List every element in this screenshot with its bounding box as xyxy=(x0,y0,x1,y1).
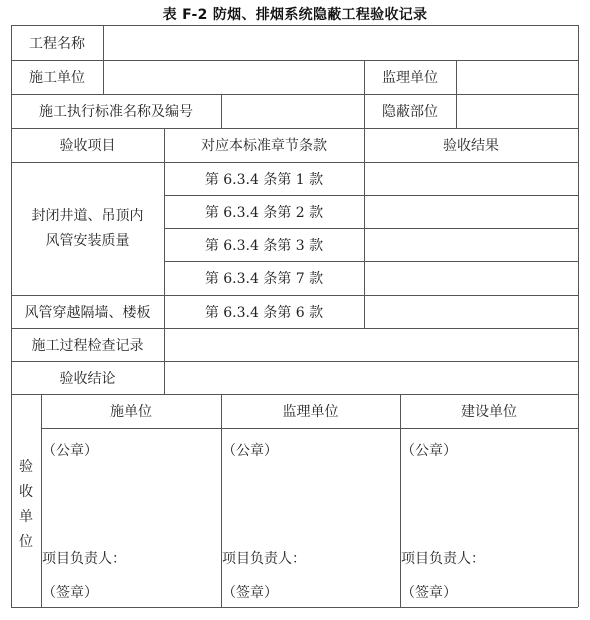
column-header-clause: 对应本标准章节条款 xyxy=(164,128,364,162)
process-record-label: 施工过程检查记录 xyxy=(11,328,164,361)
process-record-field[interactable] xyxy=(165,329,578,361)
official-seal-owner: （公章） xyxy=(401,440,457,460)
divider xyxy=(41,428,578,429)
unit-header-supervision: 监理单位 xyxy=(221,394,400,428)
clause-cell: 第 6.3.4 条第 1 款 xyxy=(164,162,364,195)
item-name-line: 风管安装质量 xyxy=(46,229,130,254)
conclusion-field[interactable] xyxy=(165,362,578,394)
divider xyxy=(11,607,578,608)
clause-cell: 第 6.3.4 条第 3 款 xyxy=(164,228,364,261)
construction-unit-field[interactable] xyxy=(104,61,364,94)
conclusion-label: 验收结论 xyxy=(11,361,164,394)
result-field[interactable] xyxy=(365,196,578,228)
label-char: 单 xyxy=(16,505,36,530)
supervision-unit-label: 监理单位 xyxy=(364,60,456,94)
hidden-part-field[interactable] xyxy=(457,95,578,128)
project-lead-owner: 项目负责人： xyxy=(401,548,485,568)
item-name-line: 封闭井道、吊顶内 xyxy=(32,204,144,229)
clause-cell: 第 6.3.4 条第 2 款 xyxy=(164,195,364,228)
divider xyxy=(578,25,579,607)
project-name-label: 工程名称 xyxy=(11,25,103,60)
unit-header-owner: 建设单位 xyxy=(400,394,578,428)
project-name-field[interactable] xyxy=(104,26,578,60)
label-char: 收 xyxy=(16,480,36,505)
column-header-item: 验收项目 xyxy=(11,128,164,162)
official-seal-construction: （公章） xyxy=(42,440,98,460)
result-field[interactable] xyxy=(365,229,578,261)
standard-field[interactable] xyxy=(222,95,364,128)
result-field[interactable] xyxy=(365,262,578,295)
item-name: 封闭井道、吊顶内 风管安装质量 xyxy=(11,162,164,295)
project-lead-supervision: 项目负责人： xyxy=(222,548,306,568)
acceptance-unit-label: 验 收 单 位 xyxy=(16,455,36,555)
clause-cell: 第 6.3.4 条第 7 款 xyxy=(164,261,364,295)
clause-cell: 第 6.3.4 条第 6 款 xyxy=(164,295,364,328)
item-name: 风管穿越隔墙、楼板 xyxy=(11,295,164,328)
form-title: 表 F-2 防烟、排烟系统隐蔽工程验收记录 xyxy=(0,4,590,24)
signature-owner: （签章） xyxy=(401,582,457,602)
official-seal-supervision: （公章） xyxy=(222,440,278,460)
column-header-result: 验收结果 xyxy=(364,128,578,162)
hidden-part-label: 隐蔽部位 xyxy=(364,94,456,128)
result-field[interactable] xyxy=(365,296,578,328)
project-lead-construction: 项目负责人： xyxy=(42,548,126,568)
label-char: 验 xyxy=(16,455,36,480)
label-char: 位 xyxy=(16,530,36,555)
unit-header-construction: 施单位 xyxy=(41,394,221,428)
standard-label: 施工执行标准名称及编号 xyxy=(11,94,221,128)
supervision-unit-field[interactable] xyxy=(457,61,578,94)
signature-construction: （签章） xyxy=(42,582,98,602)
result-field[interactable] xyxy=(365,163,578,195)
construction-unit-label: 施工单位 xyxy=(11,60,103,94)
signature-supervision: （签章） xyxy=(222,582,278,602)
